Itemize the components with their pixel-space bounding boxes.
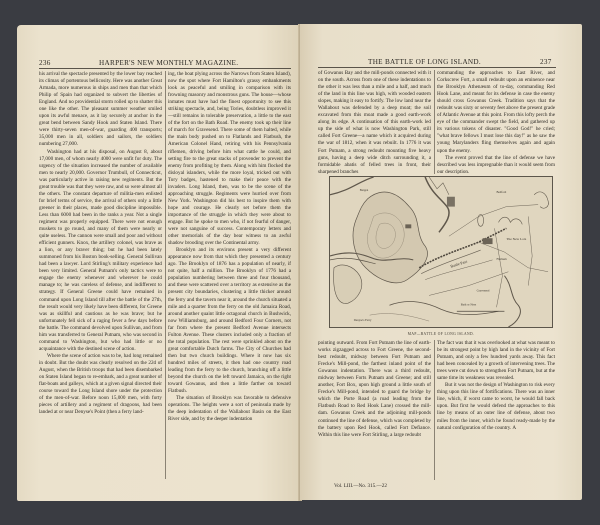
svg-text:Flatbush: Flatbush xyxy=(497,257,508,261)
paragraph: But it was not the design of Washington … xyxy=(437,382,555,431)
svg-text:Denyse's Ferry: Denyse's Ferry xyxy=(354,318,372,322)
paragraph: The situation of Brooklyn was favorable … xyxy=(168,395,291,423)
svg-text:Bergen: Bergen xyxy=(360,188,369,192)
right-page-column-2-top: commanding the approaches to East River,… xyxy=(437,70,555,176)
right-page-column-1-top: of Gowanus Bay and the mill-ponds connec… xyxy=(318,70,431,176)
svg-text:Gravesend: Gravesend xyxy=(477,288,490,292)
running-head-right: THE BATTLE OF LONG ISLAND. xyxy=(368,58,481,66)
left-page-column-2: ing, the boat plying across the Narrows … xyxy=(168,71,291,423)
page-number-left: 236 xyxy=(39,59,51,67)
svg-text:The New Lots: The New Lots xyxy=(506,237,526,241)
map-engraving: Bergen Bedford The New Lots Flatbush Gra… xyxy=(330,177,552,327)
paragraph: Washington had at his disposal, on Augus… xyxy=(39,149,162,353)
paragraph: The event proved that the line of defens… xyxy=(437,155,555,176)
column-rule xyxy=(434,340,435,480)
column-rule xyxy=(434,70,435,174)
left-page: 236 HARPER'S NEW MONTHLY MAGAZINE. his a… xyxy=(17,25,300,501)
paragraph: his arrival the spectacle presented by t… xyxy=(39,71,162,149)
header-rule xyxy=(39,68,291,69)
page-number-right: 237 xyxy=(540,58,552,66)
paragraph: of Gowanus Bay and the mill-ponds connec… xyxy=(318,70,431,176)
paragraph: Brooklyn and its environs present a very… xyxy=(168,247,291,395)
svg-text:Bedford: Bedford xyxy=(497,190,507,194)
right-page: THE BATTLE OF LONG ISLAND. 237 of Gowanu… xyxy=(300,24,582,500)
right-page-column-1-bottom: pointing outward. From Fort Putnam the l… xyxy=(318,340,431,439)
map-caption: MAP—BATTLE OF LONG ISLAND. xyxy=(329,332,553,336)
right-page-column-2-bottom: The fact was that it was overlooked at w… xyxy=(437,340,555,432)
paragraph: The fact was that it was overlooked at w… xyxy=(437,340,555,382)
paragraph: pointing outward. From Fort Putnam the l… xyxy=(318,340,431,439)
header-rule xyxy=(318,67,556,68)
magazine-spread: 236 HARPER'S NEW MONTHLY MAGAZINE. his a… xyxy=(17,22,585,500)
signature-mark: Vol. LIII.—No. 315.—22 xyxy=(334,483,387,489)
column-rule xyxy=(165,71,166,479)
paragraph: commanding the approaches to East River,… xyxy=(437,70,555,155)
battle-map-illustration: Bergen Bedford The New Lots Flatbush Gra… xyxy=(329,176,553,328)
running-head-left: HARPER'S NEW MONTHLY MAGAZINE. xyxy=(99,59,238,67)
left-page-column-1: his arrival the spectacle presented by t… xyxy=(39,71,162,416)
paragraph: Where the scene of action was to be, had… xyxy=(39,353,162,416)
paragraph: ing, the boat plying across the Narrows … xyxy=(168,71,291,247)
svg-text:Bath or Ness: Bath or Ness xyxy=(461,302,477,306)
